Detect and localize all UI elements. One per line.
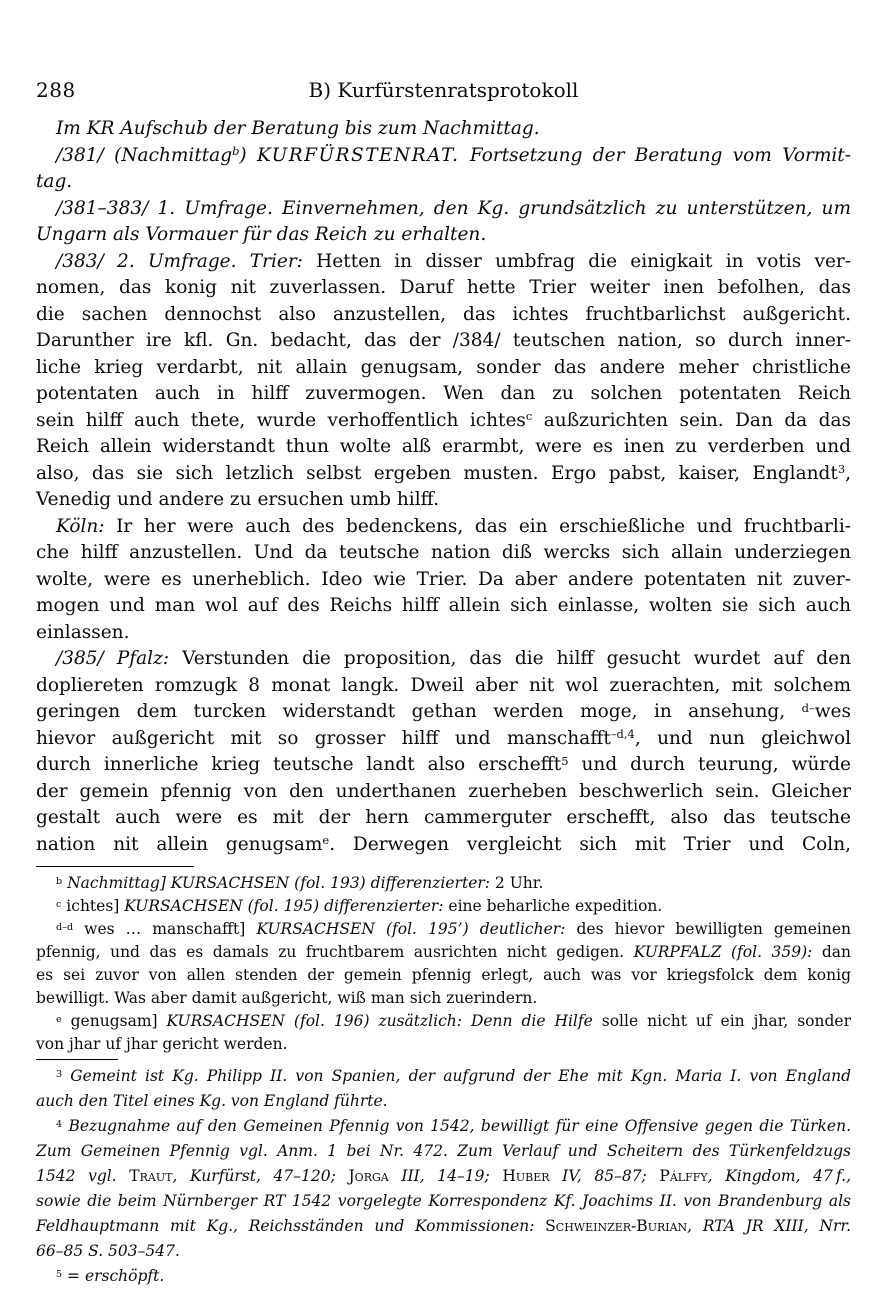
text-line: Feldhauptmann mit Kg., Reichsständen und…: [36, 1214, 851, 1239]
text-segment: also, das sie sich letzlich selbst ergeb…: [36, 463, 838, 484]
text-segment: KURSACHSEN (fol. 195) differenzierter:: [124, 897, 443, 915]
text-segment: III, 14–19;: [389, 1167, 503, 1185]
commentary-footnotes-block: 3 Gemeint ist Kg. Philipp II. von Spanie…: [36, 1064, 851, 1289]
text-segment: des hievor bewilligten gemeinen: [565, 920, 851, 938]
text-segment: Venedig und andere zu ersuchen umb hilff…: [36, 489, 439, 510]
critical-apparatus-block: b Nachmittag] KURSACHSEN (fol. 193) diff…: [36, 872, 851, 1056]
page-number: 288: [36, 78, 76, 102]
text-segment: pfennig, und das es damals zu fruchtbare…: [36, 943, 634, 961]
text-line: Köln: Ir her were auch des bedenckens, d…: [36, 514, 851, 541]
text-segment: . Derwegen vergleicht sich mit Trier und…: [329, 834, 851, 855]
text-segment: geringen dem turcken widerstandt gethan …: [36, 701, 802, 722]
text-segment: solle nicht uf ein jhar, sonder: [593, 1012, 851, 1030]
text-segment: eine beharliche expedition.: [443, 897, 662, 915]
text-segment: , Kingdom, 47 f.,: [708, 1167, 851, 1185]
footnote-marker: 3: [56, 1069, 62, 1080]
text-line: /385/ Pfalz: Verstunden die proposition,…: [36, 646, 851, 673]
text-segment: , Kurfürst, 47–120;: [172, 1167, 348, 1185]
text-segment: IV, 85–87;: [550, 1167, 660, 1185]
text-line: die sachen dennochst also anzustellen, d…: [36, 302, 851, 329]
text-line: mogen und man wol auf des Reichs hilff a…: [36, 593, 851, 620]
text-line: nomen, das konig nit zuverlassen. Daruf …: [36, 275, 851, 302]
footnote-marker: b: [56, 876, 62, 887]
footnote-marker: d–: [802, 701, 815, 715]
text-segment: dan: [812, 943, 851, 961]
text-segment: Bezugnahme auf den Gemeinen Pfennig von …: [62, 1117, 851, 1135]
text-segment: /381–383/ 1. Umfrage. Einvernehmen, den …: [56, 198, 851, 219]
text-line: sowie die beim Nürnberger RT 1542 vorgel…: [36, 1189, 851, 1214]
text-segment: ): [239, 145, 257, 166]
text-segment: und durch teurung, würde: [569, 754, 851, 775]
text-line: es sei zuvor von allen stenden der gemei…: [36, 964, 851, 987]
text-segment: liche krieg verdarbt, nit allain genugsa…: [36, 357, 851, 378]
text-line: gestalt auch were es mit der hern cammer…: [36, 805, 851, 832]
text-segment: Ungarn als Vormauer für das Reich zu erh…: [36, 224, 486, 245]
text-segment: mogen und man wol auf des Reichs hilff a…: [36, 595, 851, 616]
text-line: pfennig, und das es damals zu fruchtbare…: [36, 941, 851, 964]
footnote-marker: e: [56, 1014, 62, 1025]
text-segment: Gemeint ist Kg. Philipp II. von Spanien,…: [62, 1067, 851, 1085]
text-segment: KURPFALZ (fol. 359):: [634, 943, 813, 961]
text-segment: Darunther ire kfl. Gn. bedacht, das der …: [36, 330, 851, 351]
footnote-marker: –d,4: [611, 727, 635, 741]
text-segment: einlassen.: [36, 622, 129, 643]
text-line: der gemein pfennig von den underthanen z…: [36, 779, 851, 806]
text-segment: nation nit allein genugsam: [36, 834, 322, 855]
text-line: che hilff anzustellen. Und da teutsche n…: [36, 540, 851, 567]
text-segment: Huber: [502, 1167, 549, 1185]
text-segment: Fortsetzung der Beratung vom Vormit-: [460, 145, 851, 166]
text-segment: KURFÜRSTENRAT.: [257, 145, 460, 166]
main-text-block: Im KR Aufschub der Beratung bis zum Nach…: [36, 116, 851, 858]
text-line: /383/ 2. Umfrage. Trier: Hetten in disse…: [36, 249, 851, 276]
text-segment: =: [62, 1267, 85, 1285]
text-segment: Verstunden die proposition, das die hilf…: [169, 648, 851, 669]
text-line: Darunther ire kfl. Gn. bedacht, das der …: [36, 328, 851, 355]
text-line: geringen dem turcken widerstandt gethan …: [36, 699, 851, 726]
text-segment: 1542 vgl.: [36, 1167, 129, 1185]
text-line: liche krieg verdarbt, nit allain genugsa…: [36, 355, 851, 382]
footnote-marker: b: [232, 144, 239, 158]
footnote-marker: d–d: [56, 922, 73, 933]
book-page: 288 B) Kurfürstenratsprotokoll Im KR Auf…: [0, 0, 891, 1300]
text-segment: che hilff anzustellen. Und da teutsche n…: [36, 542, 851, 563]
text-segment: sein hilff auch thete, wurde verhoffentl…: [36, 410, 526, 431]
text-line: 3 Gemeint ist Kg. Philipp II. von Spanie…: [36, 1064, 851, 1089]
commentary-separator-rule: [36, 1059, 118, 1060]
text-line: /381/ (Nachmittagb) KURFÜRSTENRAT. Forts…: [36, 143, 851, 170]
text-line: durch innerliche krieg teutsche landt al…: [36, 752, 851, 779]
text-line: auch den Titel eines Kg. von England füh…: [36, 1089, 851, 1114]
running-title: B) Kurfürstenratsprotokoll: [36, 78, 851, 102]
text-segment: KURSACHSEN (fol. 195’) deutlicher:: [256, 920, 565, 938]
text-segment: Pálffy: [659, 1167, 707, 1185]
text-segment: KURSACHSEN (fol. 196) zusätzlich: Denn d…: [167, 1012, 593, 1030]
text-segment: ichtes]: [61, 897, 124, 915]
text-segment: tag.: [36, 171, 72, 192]
text-segment: bewilligt. Was aber damit außgericht, wi…: [36, 989, 537, 1007]
text-line: Ungarn als Vormauer für das Reich zu erh…: [36, 222, 851, 249]
text-line: b Nachmittag] KURSACHSEN (fol. 193) diff…: [36, 872, 851, 895]
text-segment: Feldhauptmann mit Kg., Reichsständen und…: [36, 1217, 545, 1235]
text-segment: dopliereten romzugk 8 monat langk. Dweil…: [36, 675, 851, 696]
text-segment: potentaten auch in hilff zuvermogen. Wen…: [36, 383, 851, 404]
text-segment: nomen, das konig nit zuverlassen. Daruf …: [36, 277, 851, 298]
text-segment: Nachmittag] KURSACHSEN (fol. 193) differ…: [62, 874, 490, 892]
text-segment: der gemein pfennig von den underthanen z…: [36, 781, 851, 802]
text-segment: sowie die beim Nürnberger RT 1542 vorgel…: [36, 1192, 851, 1210]
footnote-marker: 3: [838, 462, 845, 476]
text-segment: von jhar uf jhar gericht werden.: [36, 1035, 288, 1053]
text-segment: , RTA JR XIII, Nrr.: [687, 1217, 851, 1235]
text-segment: Schweinzer-Burian: [545, 1217, 687, 1235]
text-line: bewilligt. Was aber damit außgericht, wi…: [36, 987, 851, 1010]
text-segment: Ir her were auch des bedenckens, das ein…: [105, 516, 851, 537]
text-line: d–d wes … manschafft] KURSACHSEN (fol. 1…: [36, 918, 851, 941]
page-header: 288 B) Kurfürstenratsprotokoll: [36, 78, 851, 106]
text-segment: die sachen dennochst also anzustellen, d…: [36, 304, 851, 325]
text-segment: 2 Uhr.: [490, 874, 543, 892]
text-line: einlassen.: [36, 620, 851, 647]
text-line: Zum Gemeinen Pfennig vgl. Anm. 1 bei Nr.…: [36, 1139, 851, 1164]
text-segment: Traut: [129, 1167, 172, 1185]
text-line: /381–383/ 1. Umfrage. Einvernehmen, den …: [36, 196, 851, 223]
text-line: von jhar uf jhar gericht werden.: [36, 1033, 851, 1056]
text-segment: hievor außgericht mit so grosser hilff u…: [36, 728, 611, 749]
text-segment: Zum Gemeinen Pfennig vgl. Anm. 1 bei Nr.…: [36, 1142, 851, 1160]
text-segment: /383/ 2. Umfrage. Trier:: [56, 251, 303, 272]
text-segment: Köln:: [56, 516, 105, 537]
footnote-marker: e: [322, 833, 329, 847]
text-line: dopliereten romzugk 8 monat langk. Dweil…: [36, 673, 851, 700]
text-segment: Im KR Aufschub der Beratung bis zum Nach…: [56, 118, 540, 139]
text-segment: wes: [815, 701, 851, 722]
text-segment: außzurichten sein. Dan da das: [532, 410, 851, 431]
text-line: nation nit allein genugsame. Derwegen ve…: [36, 832, 851, 859]
text-segment: erschöpft.: [85, 1267, 164, 1285]
text-segment: auch den Titel eines Kg. von England füh…: [36, 1092, 388, 1110]
text-segment: /385/ Pfalz:: [56, 648, 169, 669]
footnote-marker: c: [56, 899, 61, 910]
text-segment: wes … manschafft]: [73, 920, 256, 938]
text-line: also, das sie sich letzlich selbst ergeb…: [36, 461, 851, 488]
text-segment: gestalt auch were es mit der hern cammer…: [36, 807, 851, 828]
text-segment: Jorga: [348, 1167, 388, 1185]
text-segment: ,: [845, 463, 851, 484]
text-line: 66–85 S. 503–547.: [36, 1239, 851, 1264]
text-line: sein hilff auch thete, wurde verhoffentl…: [36, 408, 851, 435]
text-line: Reich allein widerstandt thun wolte alß …: [36, 434, 851, 461]
text-segment: Hetten in disser umbfrag die einigkait i…: [303, 251, 851, 272]
apparatus-separator-rule: [36, 866, 194, 867]
footnote-marker: 4: [56, 1119, 62, 1130]
text-segment: wolte, were es unerheblich. Ideo wie Tri…: [36, 569, 851, 590]
text-line: 1542 vgl. Traut, Kurfürst, 47–120; Jorga…: [36, 1164, 851, 1189]
text-line: 5 = erschöpft.: [36, 1264, 851, 1289]
text-line: 4 Bezugnahme auf den Gemeinen Pfennig vo…: [36, 1114, 851, 1139]
text-segment: es sei zuvor von allen stenden der gemei…: [36, 966, 851, 984]
text-segment: 66–85 S. 503–547.: [36, 1242, 180, 1260]
text-line: e genugsam] KURSACHSEN (fol. 196) zusätz…: [36, 1010, 851, 1033]
footnote-marker: 5: [561, 754, 568, 768]
text-segment: durch innerliche krieg teutsche landt al…: [36, 754, 561, 775]
text-line: c ichtes] KURSACHSEN (fol. 195) differen…: [36, 895, 851, 918]
text-line: Im KR Aufschub der Beratung bis zum Nach…: [36, 116, 851, 143]
text-line: Venedig und andere zu ersuchen umb hilff…: [36, 487, 851, 514]
footnote-marker: c: [526, 409, 532, 423]
footnote-marker: 5: [56, 1269, 62, 1280]
text-line: wolte, were es unerheblich. Ideo wie Tri…: [36, 567, 851, 594]
text-line: tag.: [36, 169, 851, 196]
text-line: potentaten auch in hilff zuvermogen. Wen…: [36, 381, 851, 408]
text-segment: genugsam]: [62, 1012, 167, 1030]
text-segment: /381/ (Nachmittag: [56, 145, 232, 166]
text-line: hievor außgericht mit so grosser hilff u…: [36, 726, 851, 753]
text-segment: Reich allein widerstandt thun wolte alß …: [36, 436, 851, 457]
text-segment: , und nun gleichwol: [635, 728, 851, 749]
